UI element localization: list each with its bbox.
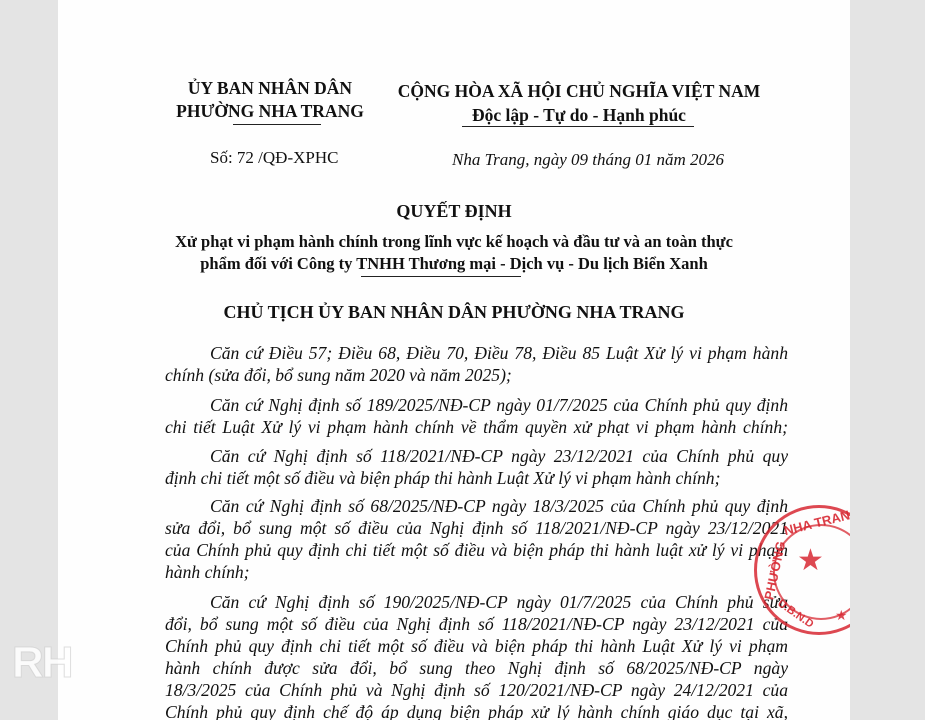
paragraph-line: Căn cứ Nghị định số 68/2025/NĐ-CP ngày 1… — [210, 496, 788, 517]
issuing-authority: CHỦ TỊCH ỦY BAN NHÂN DÂN PHƯỜNG NHA TRAN… — [58, 302, 850, 323]
agency-underline — [233, 124, 321, 125]
national-motto: Độc lập - Tự do - Hạnh phúc — [394, 105, 764, 126]
paragraph-line: Chính phủ quy định chế độ áp dụng biện p… — [165, 702, 788, 720]
motto-underline — [462, 126, 694, 127]
paragraph-line: của Chính phủ quy định chi tiết một số đ… — [165, 540, 788, 561]
paragraph-line: sửa đổi, bổ sung một số điều của Nghị đị… — [165, 518, 788, 539]
paragraph-line: hành chính được sửa đổi, bổ sung theo Ng… — [165, 658, 788, 679]
document-subject-line1: Xử phạt vi phạm hành chính trong lĩnh vự… — [58, 232, 850, 252]
paragraph-line: hành chính; — [165, 562, 250, 582]
paragraph-line: đổi, bổ sung một số điều của Nghị định s… — [165, 614, 788, 635]
paragraph-line: Căn cứ Điều 57; Điều 68, Điều 70, Điều 7… — [210, 343, 788, 364]
document-type: QUYẾT ĐỊNH — [58, 201, 850, 222]
place-and-date: Nha Trang, ngày 09 tháng 01 năm 2026 — [452, 150, 724, 170]
document-subject-line2: phẩm đối với Công ty TNHH Thương mại - D… — [58, 254, 850, 274]
subject-underline — [361, 276, 521, 277]
paragraph-line: định chi tiết một số điều và biện pháp t… — [165, 468, 720, 488]
document-page: ỦY BAN NHÂN DÂN PHƯỜNG NHA TRANG Số: 72 … — [58, 0, 850, 720]
document-number: Số: 72 /QĐ-XPHC — [210, 148, 338, 168]
agency-name-line2: PHƯỜNG NHA TRANG — [170, 101, 370, 122]
site-watermark: RH — [12, 638, 72, 688]
paragraph-line: 18/3/2025 của Chính phủ và Nghị định số … — [165, 680, 788, 701]
national-title: CỘNG HÒA XÃ HỘI CHỦ NGHĨA VIỆT NAM — [394, 81, 764, 102]
paragraph-line: Căn cứ Nghị định số 189/2025/NĐ-CP ngày … — [210, 395, 788, 416]
paragraph-line: Căn cứ Nghị định số 118/2021/NĐ-CP ngày … — [210, 446, 788, 467]
star-icon: ★ — [797, 543, 824, 578]
agency-name-line1: ỦY BAN NHÂN DÂN — [170, 78, 370, 99]
paragraph-line: Căn cứ Nghị định số 190/2025/NĐ-CP ngày … — [210, 592, 788, 613]
small-star-icon: ★ — [835, 608, 848, 625]
paragraph-line: chi tiết Luật Xử lý vi phạm hành chính v… — [165, 417, 788, 438]
paragraph-line: chính (sửa đổi, bổ sung năm 2020 và năm … — [165, 365, 512, 385]
paragraph-line: Chính phủ quy định chi tiết một số điều … — [165, 636, 788, 657]
